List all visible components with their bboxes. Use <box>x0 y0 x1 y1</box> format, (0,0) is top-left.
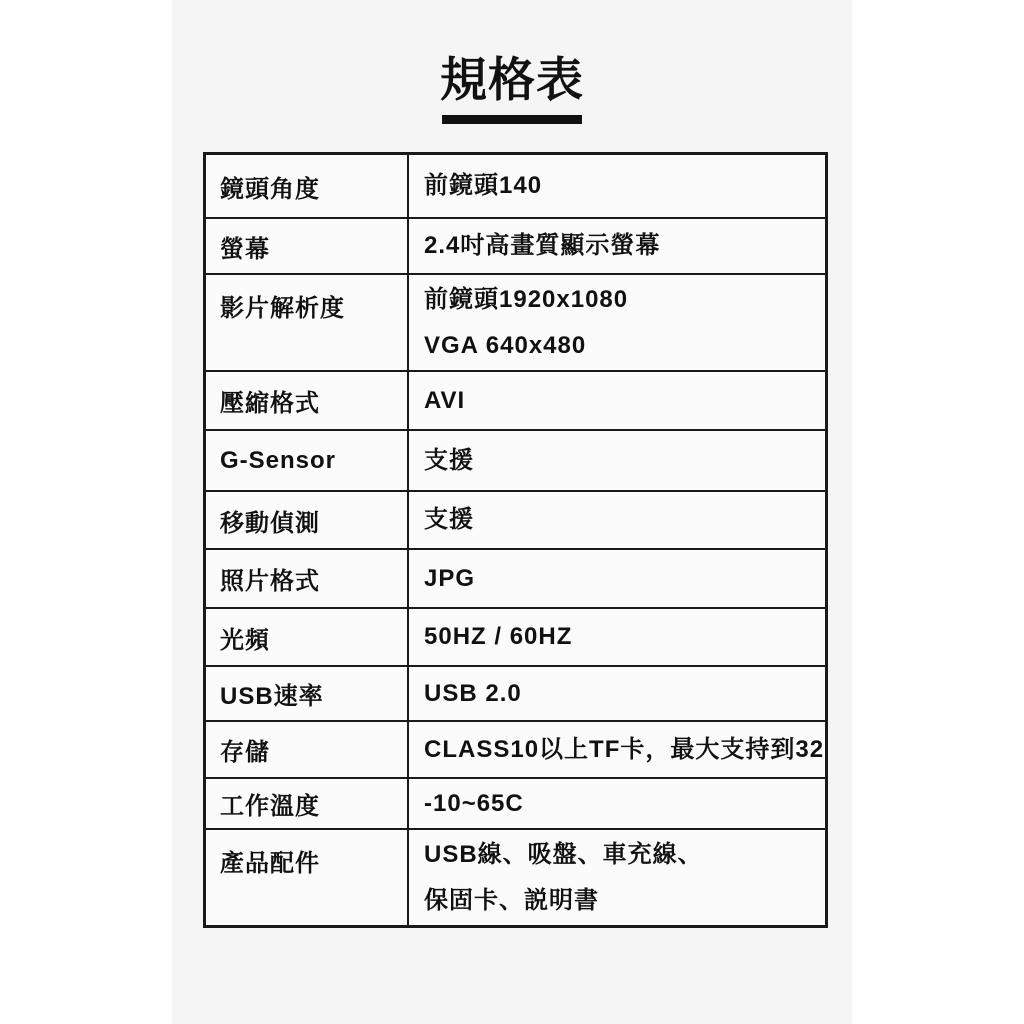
spec-label: 光頻 <box>206 609 409 665</box>
spec-value-line: JPG <box>424 556 475 602</box>
spec-value: -10~65C <box>409 779 825 828</box>
spec-label: G-Sensor <box>206 431 409 490</box>
table-row: G-Sensor支援 <box>206 429 825 490</box>
table-row: 螢幕2.4吋高畫質顯示螢幕 <box>206 217 825 273</box>
table-row: 工作溫度-10~65C <box>206 777 825 828</box>
spec-label: 影片解析度 <box>206 275 409 370</box>
screenshot-canvas: 規格表 鏡頭角度前鏡頭140螢幕2.4吋高畫質顯示螢幕影片解析度前鏡頭1920x… <box>0 0 1024 1024</box>
spec-label: 存儲 <box>206 722 409 777</box>
content-background: 規格表 鏡頭角度前鏡頭140螢幕2.4吋高畫質顯示螢幕影片解析度前鏡頭1920x… <box>172 0 852 1024</box>
spec-value: USB 2.0 <box>409 667 825 720</box>
spec-value-line: USB 2.0 <box>424 671 522 717</box>
table-row: 光頻50HZ / 60HZ <box>206 607 825 665</box>
spec-value-line: AVI <box>424 378 465 424</box>
spec-value: 50HZ / 60HZ <box>409 609 825 665</box>
spec-label: 產品配件 <box>206 830 409 925</box>
spec-table: 鏡頭角度前鏡頭140螢幕2.4吋高畫質顯示螢幕影片解析度前鏡頭1920x1080… <box>203 152 828 928</box>
spec-label: 鏡頭角度 <box>206 155 409 217</box>
page-title: 規格表 <box>440 52 584 108</box>
spec-label: 螢幕 <box>206 219 409 273</box>
spec-value: CLASS10以上TF卡，最大支持到32G <box>409 722 825 777</box>
spec-value: JPG <box>409 550 825 607</box>
spec-value-line: 支援 <box>424 438 474 484</box>
spec-value: 前鏡頭140 <box>409 155 825 217</box>
table-row: USB速率USB 2.0 <box>206 665 825 720</box>
spec-value-line: USB線、吸盤、車充線、 <box>424 832 703 878</box>
spec-value-line: 前鏡頭1920x1080 <box>424 277 628 323</box>
spec-value-line: -10~65C <box>424 781 524 827</box>
table-row: 影片解析度前鏡頭1920x1080VGA 640x480 <box>206 273 825 370</box>
title-underline <box>442 115 582 124</box>
spec-value-line: CLASS10以上TF卡，最大支持到32G <box>424 727 825 773</box>
spec-value-line: 2.4吋高畫質顯示螢幕 <box>424 223 660 269</box>
spec-value-line: 前鏡頭140 <box>424 163 542 209</box>
table-row: 鏡頭角度前鏡頭140 <box>206 155 825 217</box>
spec-value-line: VGA 640x480 <box>424 323 586 369</box>
title-block: 規格表 <box>172 52 852 124</box>
spec-value: USB線、吸盤、車充線、保固卡、説明書 <box>409 830 825 925</box>
table-row: 照片格式JPG <box>206 548 825 607</box>
spec-label: 壓縮格式 <box>206 372 409 429</box>
spec-label: 工作溫度 <box>206 779 409 828</box>
spec-label: 移動偵測 <box>206 492 409 548</box>
spec-label: 照片格式 <box>206 550 409 607</box>
spec-value: AVI <box>409 372 825 429</box>
spec-value: 前鏡頭1920x1080VGA 640x480 <box>409 275 825 370</box>
spec-value-line: 保固卡、説明書 <box>424 878 599 924</box>
spec-value: 支援 <box>409 492 825 548</box>
spec-value: 支援 <box>409 431 825 490</box>
table-row: 產品配件USB線、吸盤、車充線、保固卡、説明書 <box>206 828 825 925</box>
spec-label: USB速率 <box>206 667 409 720</box>
table-row: 移動偵測支援 <box>206 490 825 548</box>
spec-value-line: 50HZ / 60HZ <box>424 614 572 660</box>
table-row: 存儲CLASS10以上TF卡，最大支持到32G <box>206 720 825 777</box>
table-row: 壓縮格式AVI <box>206 370 825 429</box>
spec-value-line: 支援 <box>424 497 474 543</box>
spec-value: 2.4吋高畫質顯示螢幕 <box>409 219 825 273</box>
